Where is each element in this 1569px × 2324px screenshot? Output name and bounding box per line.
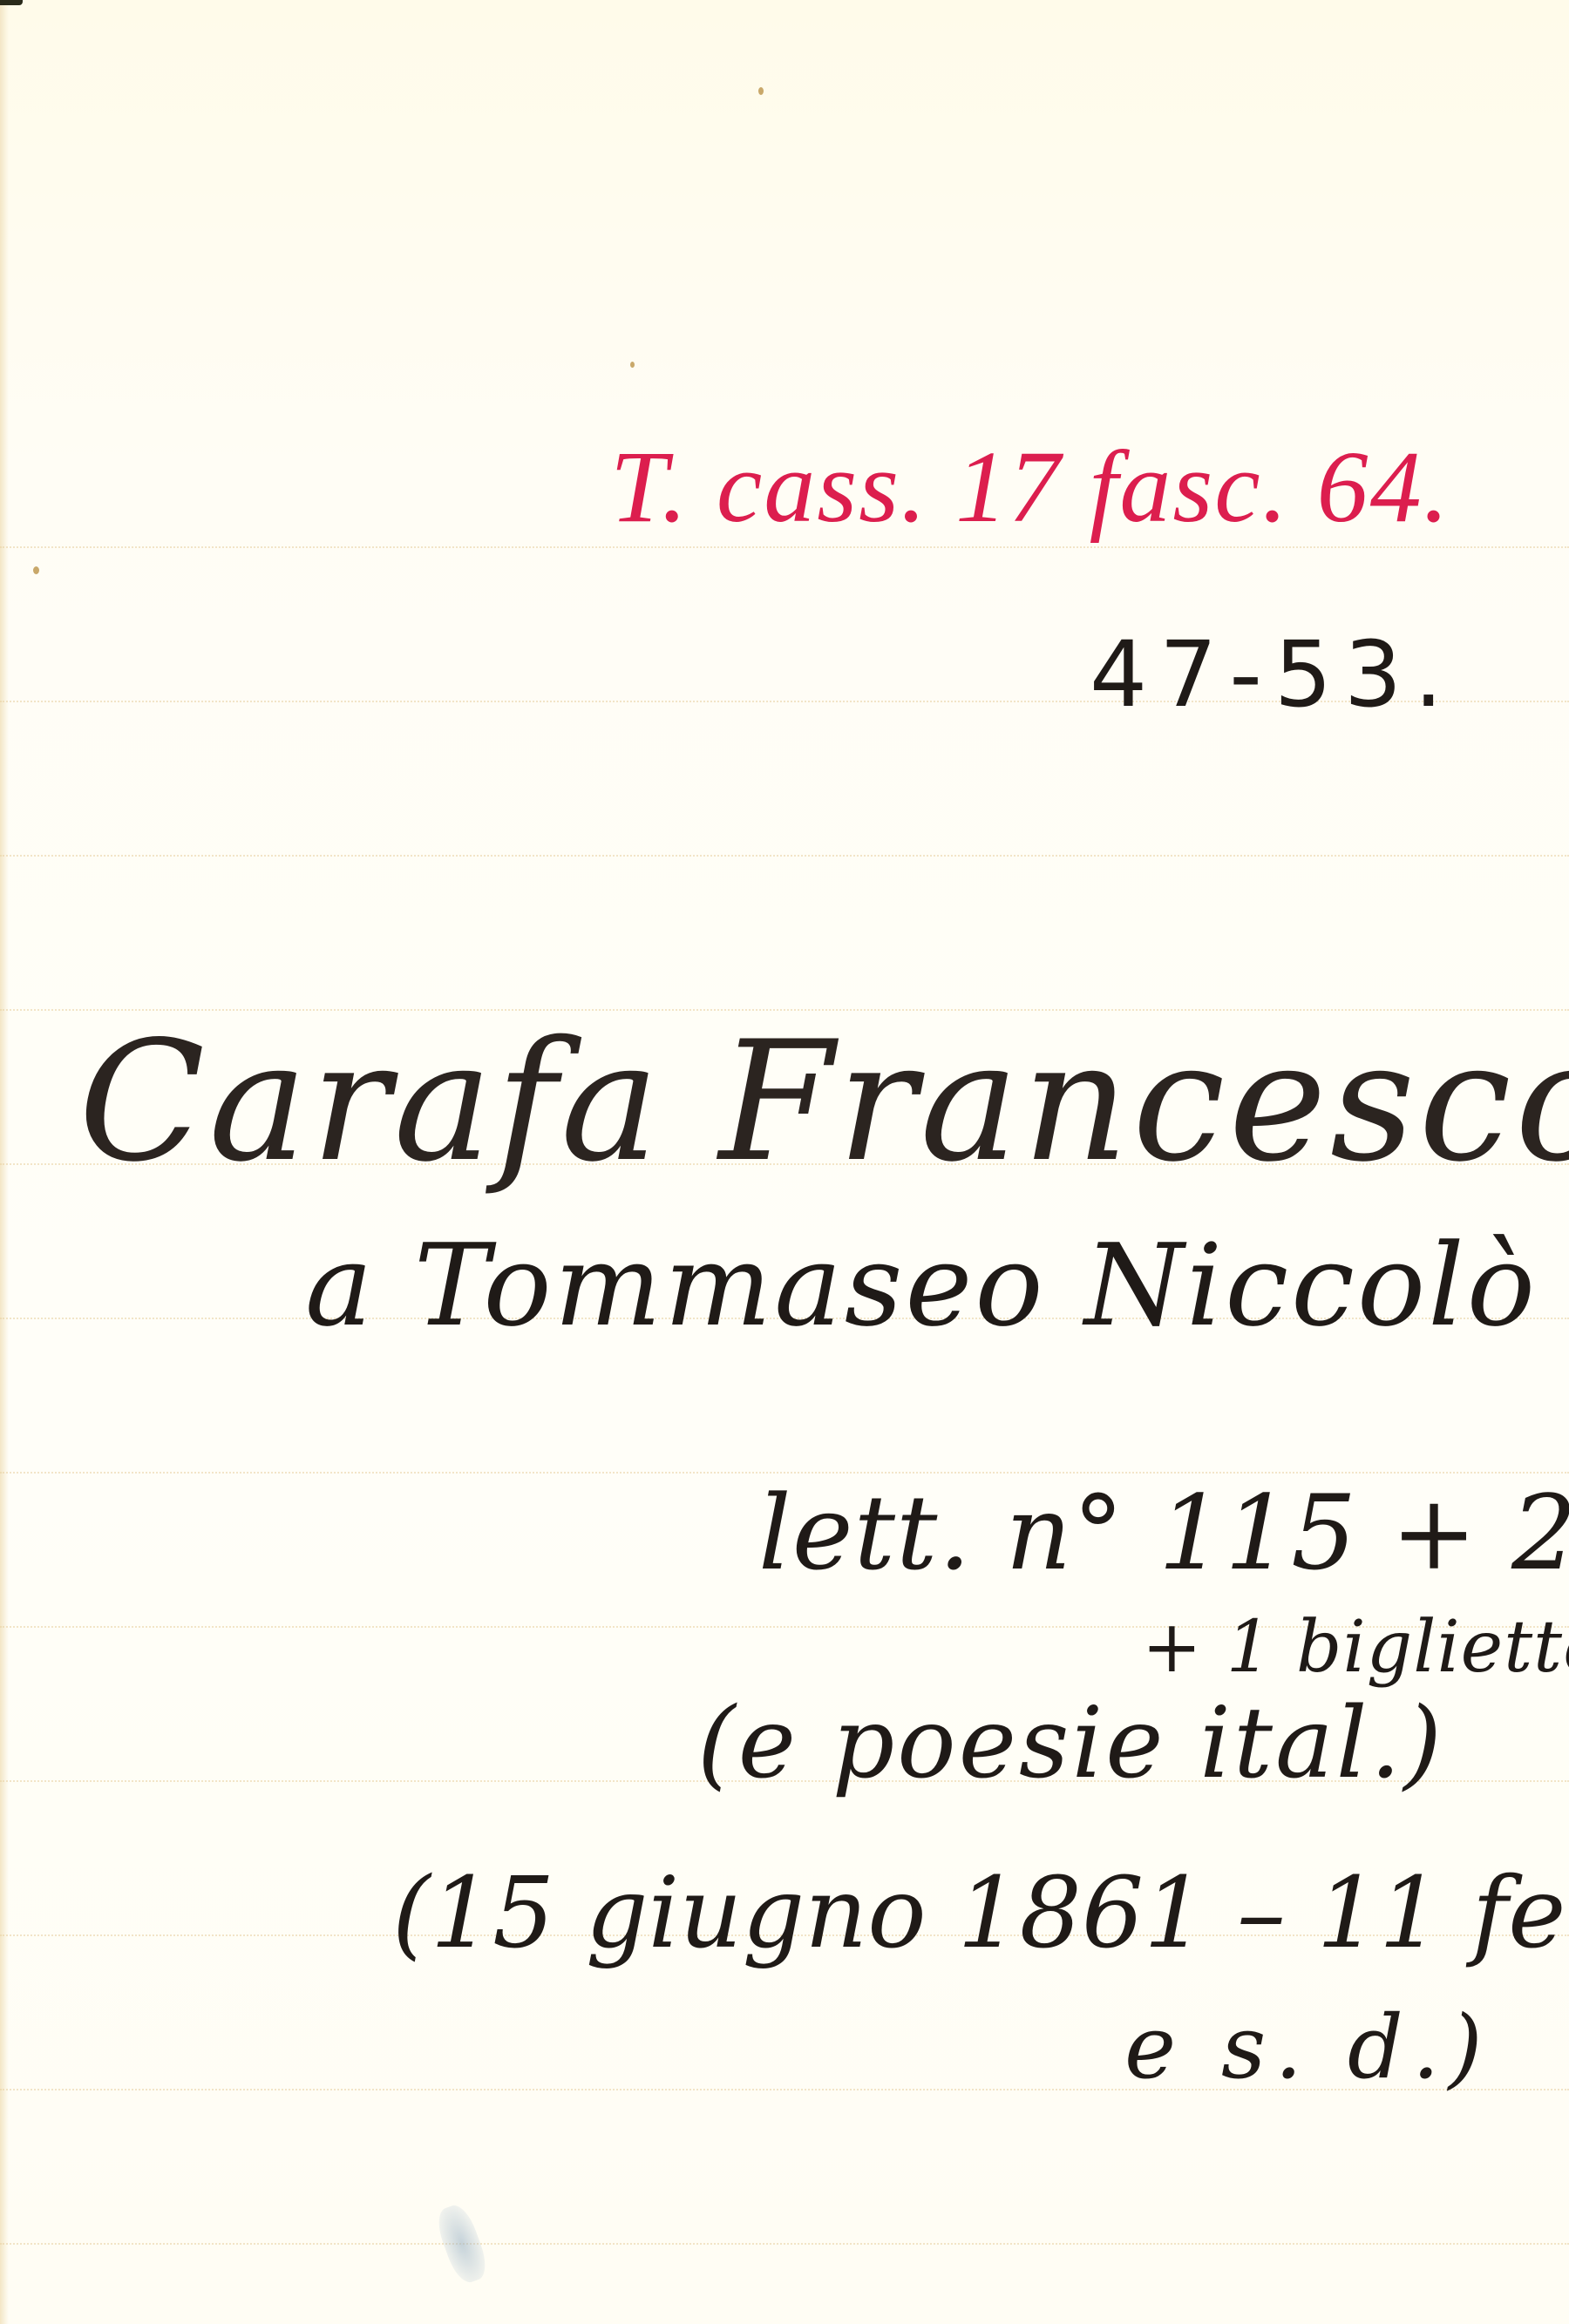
ruled-line <box>0 2243 1569 2245</box>
undated-note: e s. d.) <box>1124 2004 1491 2091</box>
archive-index-card: T. cass. 17 fasc. 64. 47-53. Carafa Fran… <box>0 0 1569 2324</box>
card-left-edge <box>0 0 9 2324</box>
shelfmark-location: T. cass. 17 fasc. 64. <box>610 436 1450 539</box>
letter-count: lett. n° 115 + 2 doc. <box>758 1481 1569 1584</box>
paper-speck <box>630 362 635 368</box>
correspondent-name: Carafa Francesco. <box>78 1020 1569 1185</box>
paper-speck <box>33 566 39 574</box>
date-range: (15 giugno 1861 – 11 febbr. 1874 <box>392 1865 1569 1962</box>
poems-note: (e poesie ital.) <box>697 1695 1444 1792</box>
ruled-line <box>0 546 1569 548</box>
corner-mark <box>0 0 23 5</box>
shelfmark-range: 47-53. <box>1090 629 1455 720</box>
ruled-line <box>0 855 1569 857</box>
note-count: + 1 biglietto. <box>1142 1612 1569 1684</box>
recipient-name: a Tommaseo Niccolò <box>305 1229 1538 1342</box>
paper-speck <box>758 87 764 95</box>
